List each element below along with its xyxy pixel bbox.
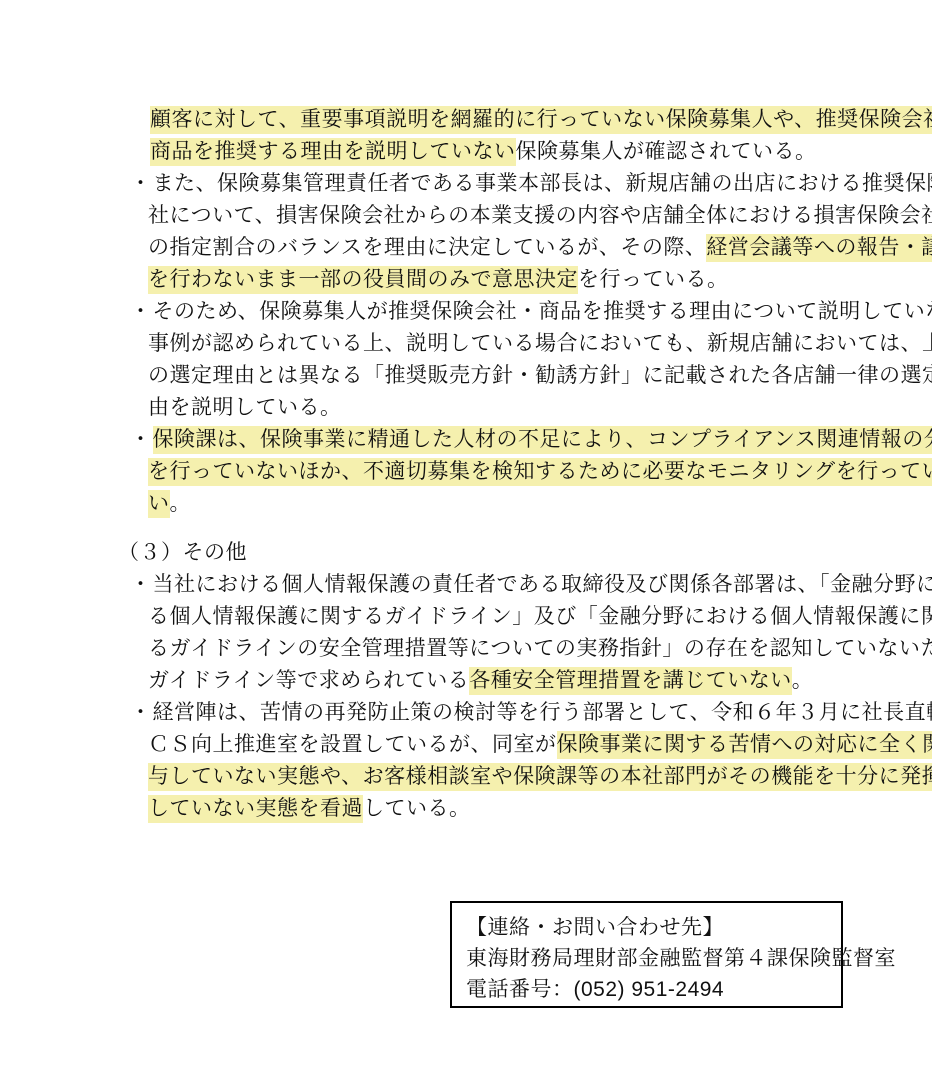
text-segment: そのため、保険募集人が推奨保険会社・商品を推奨する理由について説明していない: [153, 300, 932, 323]
highlighted-text-segment: い: [148, 490, 170, 518]
text-segment: 事例が認められている上、説明している場合においても、新規店舗においては、上記: [148, 332, 932, 355]
document-line: るガイドラインの安全管理措置等についての実務指針」の存在を認知していないため、: [0, 633, 932, 665]
highlighted-text-segment: 商品を推奨する理由を説明していない: [150, 138, 516, 166]
highlighted-text-segment: 保険事業に関する苦情への対応に全く関: [557, 731, 932, 759]
text-segment: また、保険募集管理責任者である事業本部長は、新規店舗の出店における推奨保険会: [153, 172, 932, 195]
document-line: 商品を推奨する理由を説明していない保険募集人が確認されている。: [0, 136, 932, 168]
text-segment: 保険募集人が確認されている。: [516, 140, 817, 163]
highlighted-text-segment: 保険課は、保険事業に精通した人材の不足により、コンプライアンス関連情報の分析: [153, 426, 932, 454]
highlighted-text-segment: を行っていないほか、不適切募集を検知するために必要なモニタリングを行っていな: [148, 458, 932, 486]
document-line: 事例が認められている上、説明している場合においても、新規店舗においては、上記: [0, 328, 932, 360]
text-segment: る個人情報保護に関するガイドライン」及び「金融分野における個人情報保護に関す: [148, 605, 932, 628]
highlighted-text-segment: 与していない実態や、お客様相談室や保険課等の本社部門がその機能を十分に発揮: [148, 763, 932, 791]
contact-organization: 東海財務局理財部金融監督第４課保険監督室: [466, 943, 841, 974]
section-heading: （３）その他: [0, 537, 932, 569]
text-segment: ガイドライン等で求められている: [148, 669, 469, 692]
highlighted-text-segment: 各種安全管理措置を講じていない: [469, 667, 792, 695]
document-line: 顧客に対して、重要事項説明を網羅的に行っていない保険募集人や、推奨保険会社・: [0, 104, 932, 136]
text-segment: 社について、損害保険会社からの本業支援の内容や店舗全体における損害保険会社: [148, 204, 932, 227]
text-segment: 。: [170, 492, 192, 515]
text-segment: 当社における個人情報保護の責任者である取締役及び関係各部署は、「金融分野におけ: [153, 573, 932, 596]
text-segment: の指定割合のバランスを理由に決定しているが、その際、: [148, 236, 706, 259]
bullet-marker: ・: [130, 701, 153, 724]
text-segment: ＣＳ向上推進室を設置しているが、同室が: [148, 733, 557, 756]
document-line: る個人情報保護に関するガイドライン」及び「金融分野における個人情報保護に関す: [0, 601, 932, 633]
document-line: していない実態を看過している。: [0, 793, 932, 825]
document-line: の指定割合のバランスを理由に決定しているが、その際、経営会議等への報告・議論: [0, 232, 932, 264]
contact-title: 【連絡・お問い合わせ先】: [466, 912, 841, 943]
text-segment: 。: [792, 669, 814, 692]
document-line: ・そのため、保険募集人が推奨保険会社・商品を推奨する理由について説明していない: [0, 296, 932, 328]
document-line: ガイドライン等で求められている各種安全管理措置を講じていない。: [0, 665, 932, 697]
document-line: ・経営陣は、苦情の再発防止策の検討等を行う部署として、令和６年３月に社長直轄の: [0, 697, 932, 729]
text-segment: している。: [363, 797, 471, 820]
document-line: い。: [0, 488, 932, 520]
document-line: ・当社における個人情報保護の責任者である取締役及び関係各部署は、「金融分野におけ: [0, 569, 932, 601]
document-line: 社について、損害保険会社からの本業支援の内容や店舗全体における損害保険会社: [0, 200, 932, 232]
bullet-marker: ・: [130, 172, 153, 195]
text-segment: 由を説明している。: [148, 396, 342, 419]
bullet-marker: ・: [130, 573, 153, 596]
bullet-marker: ・: [130, 428, 153, 451]
highlighted-text-segment: を行わないまま一部の役員間のみで意思決定: [148, 266, 578, 294]
highlighted-text-segment: していない実態を看過: [148, 795, 363, 823]
document-line: ・保険課は、保険事業に精通した人材の不足により、コンプライアンス関連情報の分析: [0, 424, 932, 456]
text-segment: るガイドラインの安全管理措置等についての実務指針」の存在を認知していないため、: [148, 637, 932, 660]
bullet-marker: ・: [130, 300, 153, 323]
highlighted-text-segment: 顧客に対して、重要事項説明を網羅的に行っていない保険募集人や、推奨保険会社・: [150, 106, 932, 134]
text-segment: を行っている。: [578, 268, 729, 291]
text-segment: 経営陣は、苦情の再発防止策の検討等を行う部署として、令和６年３月に社長直轄の: [153, 701, 932, 724]
document-line: ・また、保険募集管理責任者である事業本部長は、新規店舗の出店における推奨保険会: [0, 168, 932, 200]
highlighted-text-segment: 経営会議等への報告・議論: [706, 234, 932, 262]
text-segment: の選定理由とは異なる「推奨販売方針・勧誘方針」に記載された各店舗一律の選定理: [148, 364, 932, 387]
document-line: 与していない実態や、お客様相談室や保険課等の本社部門がその機能を十分に発揮: [0, 761, 932, 793]
contact-box: 【連絡・お問い合わせ先】 東海財務局理財部金融監督第４課保険監督室 電話番号：(…: [450, 901, 843, 1008]
document-line: を行っていないほか、不適切募集を検知するために必要なモニタリングを行っていな: [0, 456, 932, 488]
document-line: 由を説明している。: [0, 392, 932, 424]
document-line: を行わないまま一部の役員間のみで意思決定を行っている。: [0, 264, 932, 296]
document-line: の選定理由とは異なる「推奨販売方針・勧誘方針」に記載された各店舗一律の選定理: [0, 360, 932, 392]
document-line: ＣＳ向上推進室を設置しているが、同室が保険事業に関する苦情への対応に全く関: [0, 729, 932, 761]
contact-phone: 電話番号：(052) 951-2494: [466, 974, 841, 1005]
document-body: 顧客に対して、重要事項説明を網羅的に行っていない保険募集人や、推奨保険会社・商品…: [0, 104, 932, 825]
